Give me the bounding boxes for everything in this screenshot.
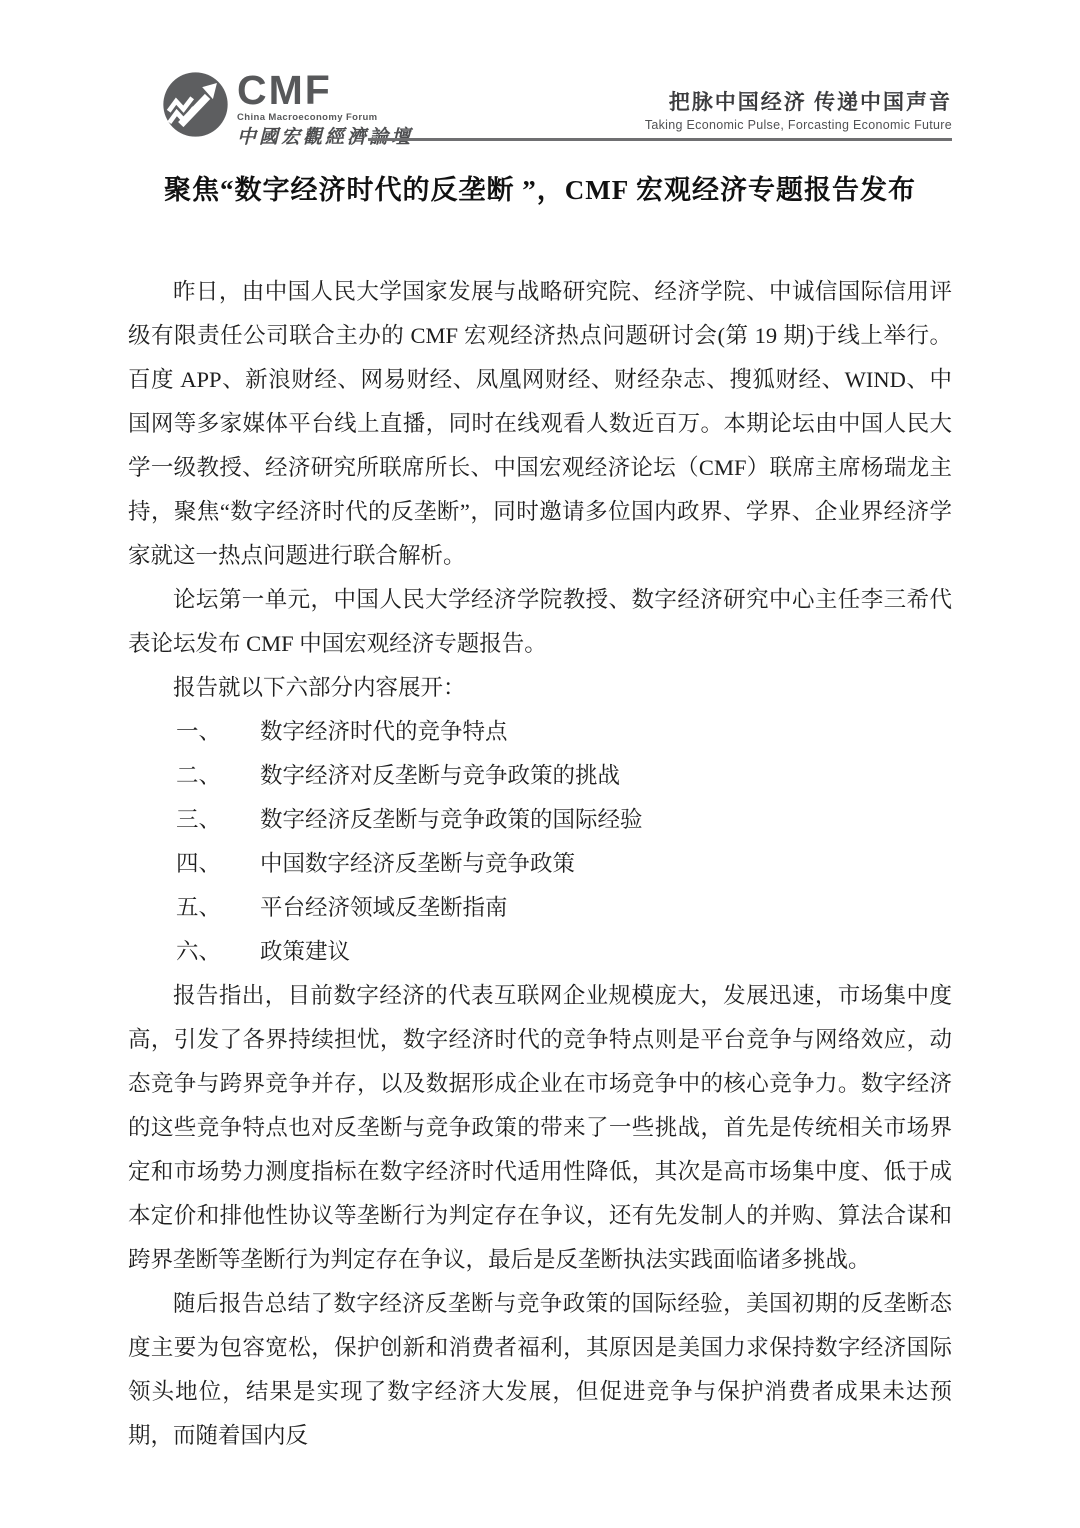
- outline-item-number: 一、: [176, 710, 260, 754]
- outline-item-label: 数字经济反垄断与竞争政策的国际经验: [260, 807, 643, 832]
- outline-item-label: 数字经济对反垄断与竞争政策的挑战: [260, 763, 620, 788]
- outline-item-number: 六、: [176, 930, 260, 974]
- outline-item-label: 政策建议: [260, 939, 350, 964]
- cmf-logo-icon: [162, 71, 229, 138]
- outline-item-label: 数字经济时代的竞争特点: [260, 719, 508, 744]
- body-paragraph: 报告指出，目前数字经济的代表互联网企业规模庞大，发展迅速，市场集中度高，引发了各…: [128, 974, 952, 1282]
- outline-item: 五、平台经济领域反垄断指南: [128, 886, 952, 930]
- outline-item: 六、政策建议: [128, 930, 952, 974]
- article-title: 聚焦“数字经济时代的反垄断 ”，CMF 宏观经济专题报告发布: [128, 172, 952, 208]
- outline-item-number: 五、: [176, 886, 260, 930]
- article: 聚焦“数字经济时代的反垄断 ”，CMF 宏观经济专题报告发布 昨日，由中国人民大…: [128, 172, 952, 1458]
- document-page: CMF China Macroeconomy Forum 中國宏觀經濟論壇 把脉…: [0, 0, 1080, 1528]
- outline-item-number: 三、: [176, 798, 260, 842]
- slogan-english: Taking Economic Pulse, Forcasting Econom…: [645, 116, 952, 134]
- outline-item: 一、数字经济时代的竞争特点: [128, 710, 952, 754]
- intro-paragraph: 论坛第一单元，中国人民大学经济学院教授、数字经济研究中心主任李三希代表论坛发布 …: [128, 578, 952, 666]
- outline-item: 二、数字经济对反垄断与竞争政策的挑战: [128, 754, 952, 798]
- header-divider-line: [368, 138, 952, 141]
- intro-paragraph: 昨日，由中国人民大学国家发展与战略研究院、经济学院、中诚信国际信用评级有限责任公…: [128, 270, 952, 578]
- slogan-chinese: 把脉中国经济 传递中国声音: [645, 88, 952, 116]
- intro-paragraph: 报告就以下六部分内容展开：: [128, 666, 952, 710]
- outline-item-number: 四、: [176, 842, 260, 886]
- outline-item: 三、数字经济反垄断与竞争政策的国际经验: [128, 798, 952, 842]
- page-header: CMF China Macroeconomy Forum 中國宏觀經濟論壇 把脉…: [0, 0, 1080, 160]
- outline-item: 四、中国数字经济反垄断与竞争政策: [128, 842, 952, 886]
- body-paragraph: 随后报告总结了数字经济反垄断与竞争政策的国际经验，美国初期的反垄断态度主要为包容…: [128, 1282, 952, 1458]
- header-slogan: 把脉中国经济 传递中国声音 Taking Economic Pulse, For…: [645, 88, 952, 134]
- logo-name-en: China Macroeconomy Forum: [237, 112, 457, 124]
- outline-item-label: 中国数字经济反垄断与竞争政策: [260, 851, 575, 876]
- logo-abbr: CMF: [237, 70, 457, 110]
- outline-item-number: 二、: [176, 754, 260, 798]
- outline-item-label: 平台经济领域反垄断指南: [260, 895, 508, 920]
